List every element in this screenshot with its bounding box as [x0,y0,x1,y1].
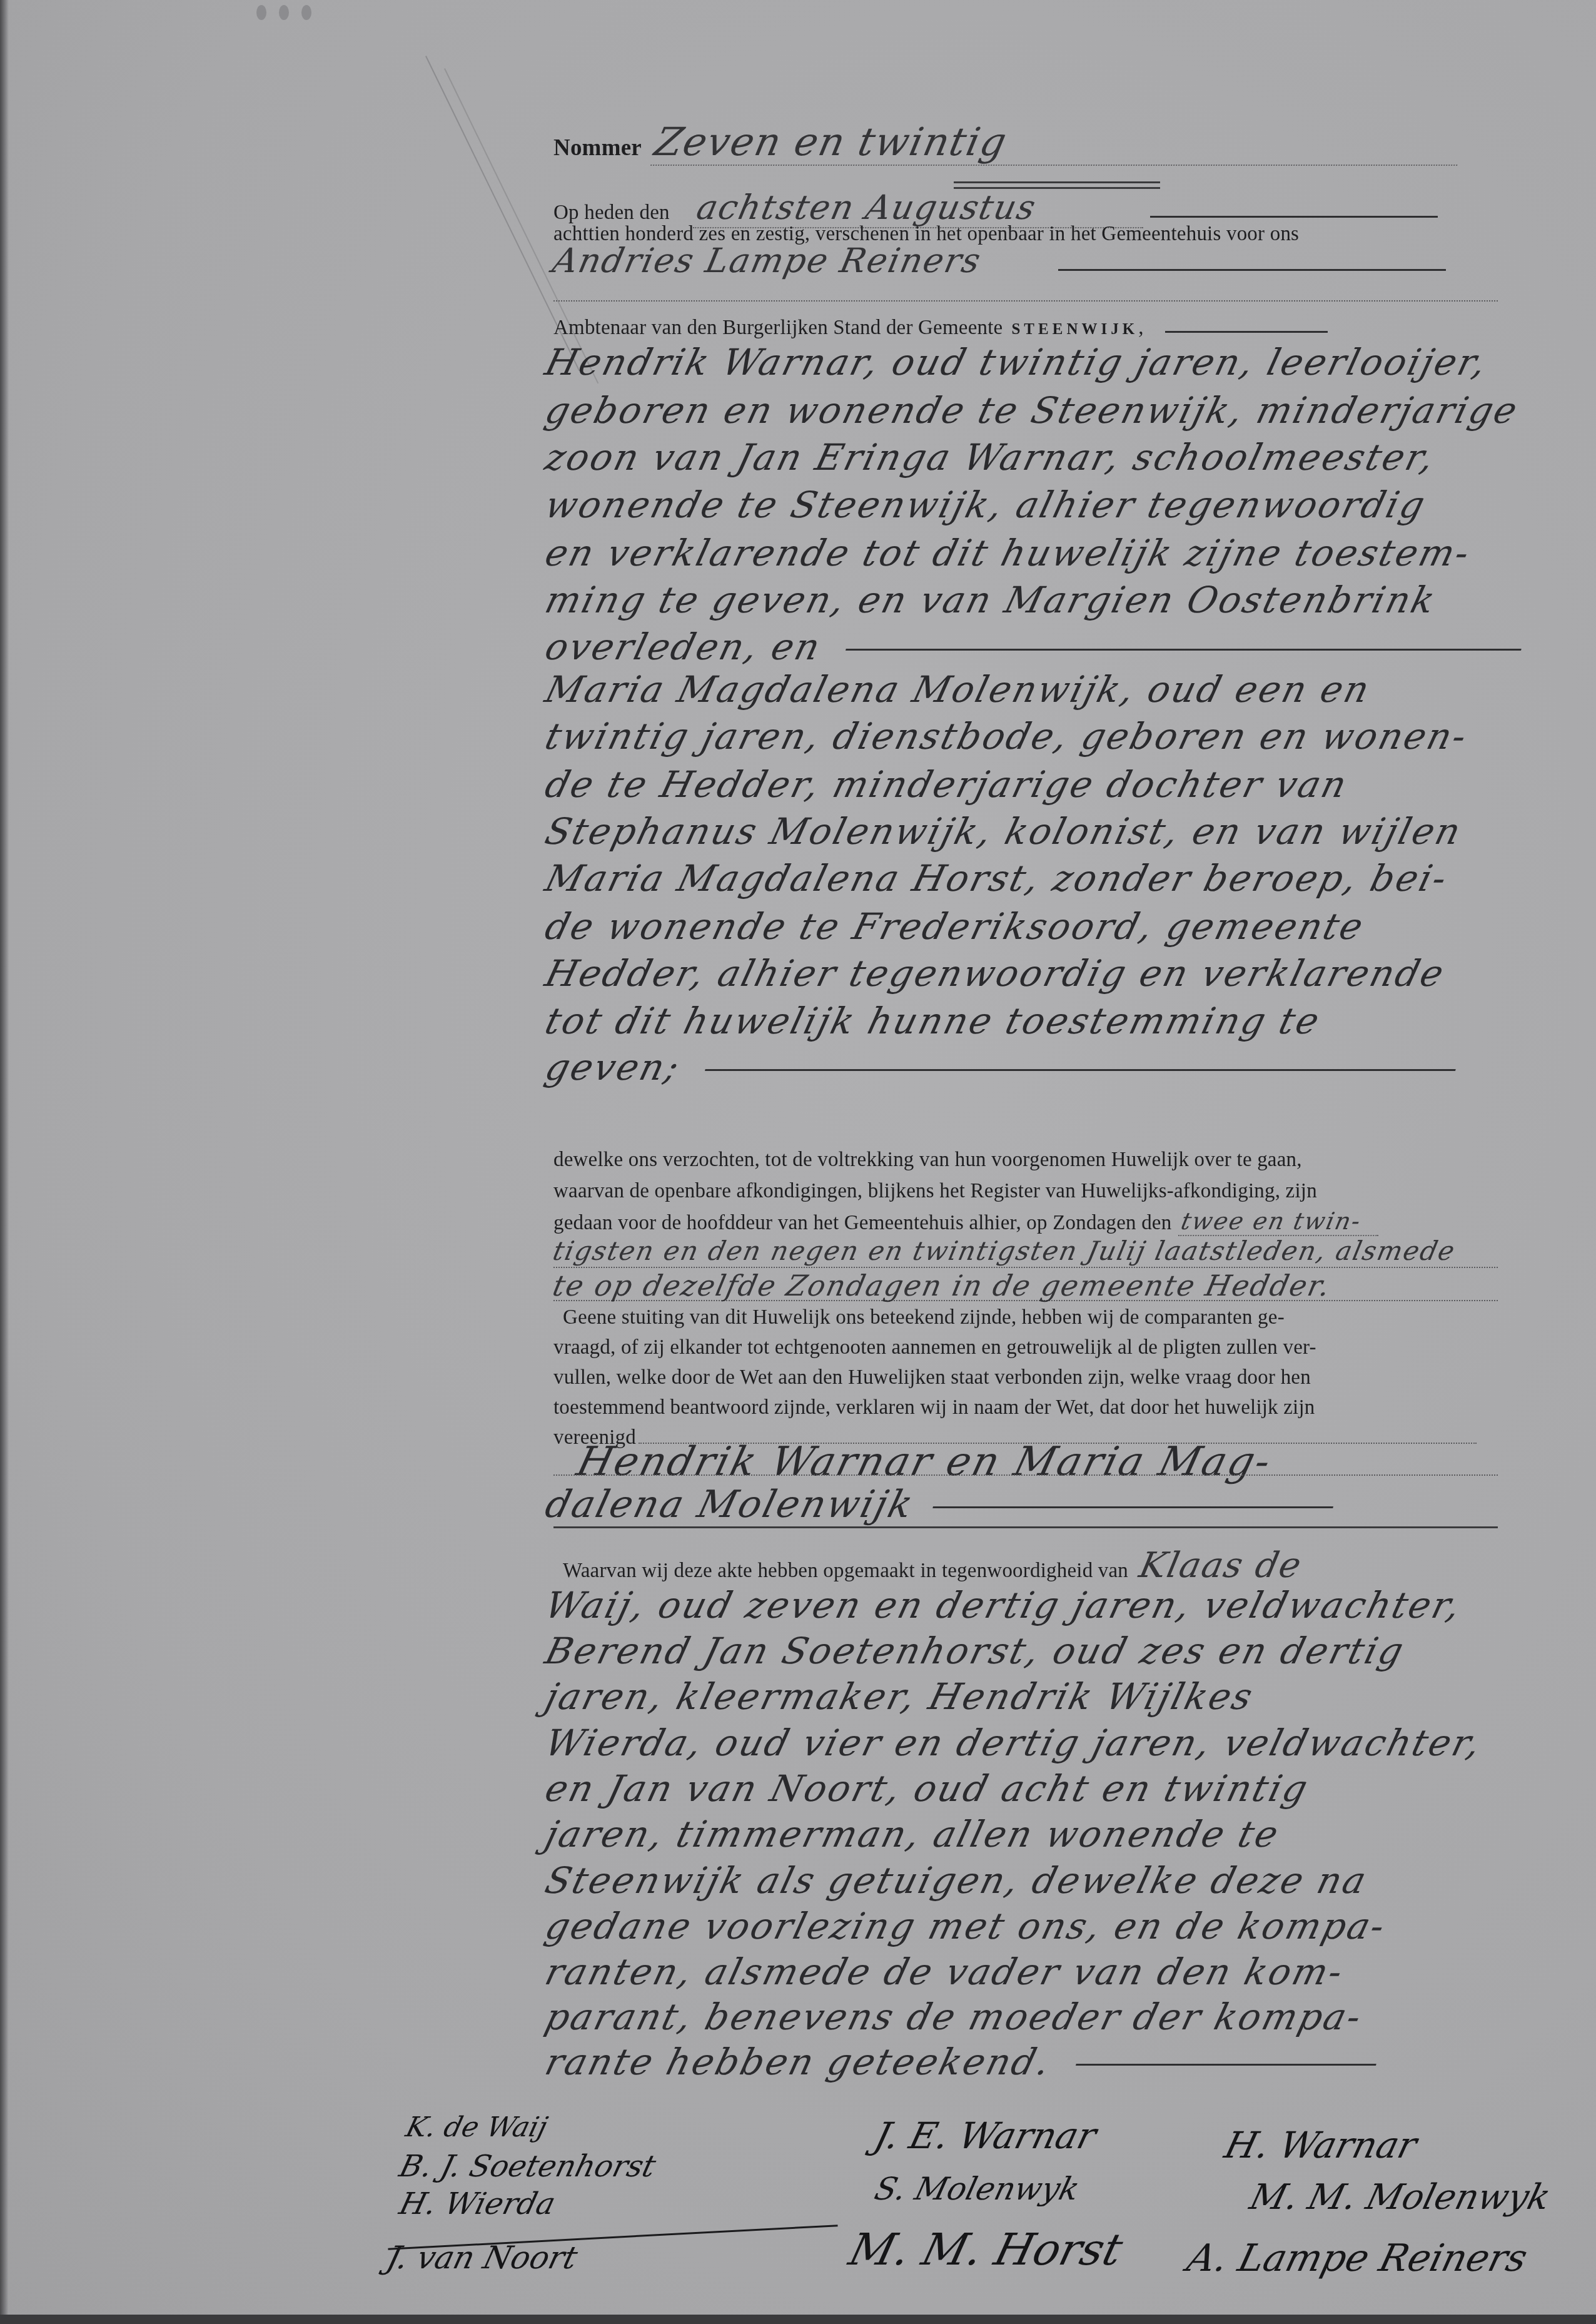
proclamation-hand-line: te op dezelfde Zondagen in de gemeente H… [553,1269,1498,1301]
bride-line: geven; [541,1046,1508,1088]
couple-names: Hendrik Warnar en Maria Mag- [572,1439,1540,1485]
page-bottom-edge [0,2315,1596,2324]
declaration-line: vraagd, of zij elkander tot echtgenooten… [553,1332,1498,1362]
fill-rule [1058,269,1446,271]
ambtenaar-row: Ambtenaar van den Burgerlijken Stand der… [553,313,1498,345]
fill-rule [932,1506,1333,1508]
groom-line: wonende te Steenwijk, alhier tegenwoordi… [541,484,1508,526]
witness-line: jaren, timmerman, allen wonende te [541,1813,1508,1855]
witness-line: rante hebben geteekend. [541,2041,1508,2083]
groom-line: Hendrik Warnar, oud twintig jaren, leerl… [541,341,1508,383]
signature: K. de Waij [403,2111,551,2143]
witness-line: ranten, alsmede de vader van den kom- [541,1951,1508,1993]
witness-line: Wierda, oud vier en dertig jaren, veldwa… [541,1722,1508,1764]
bride-line: Maria Magdalena Molenwijk, oud een en [541,668,1508,711]
nommer-value: Zeven en twintig [650,119,1467,166]
official-row: Andries Lampe Reiners [553,241,1498,280]
fill-rule [1076,2064,1376,2066]
nommer-row: Nommer Zeven en twintig [553,119,1498,166]
witness-line: Berend Jan Soetenhorst, oud zes en derti… [541,1630,1508,1672]
couple-names: dalena Molenwijk [541,1483,1508,1526]
bride-line: Maria Magdalena Horst, zonder beroep, be… [541,857,1508,900]
witness-line: jaren, kleermaker, Hendrik Wijlkes [541,1675,1508,1718]
groom-line: ming te geven, en van Margien Oostenbrin… [541,579,1508,621]
signature: M. M. Molenwyk [1246,2177,1555,2218]
fill-rule [846,649,1522,651]
nommer-label: Nommer [553,135,642,161]
bride-line: Hedder, alhier tegenwoordig en verklaren… [541,952,1508,995]
official-name: Andries Lampe Reiners [549,241,985,280]
ambtenaar-label: Ambtenaar van den Burgerlijken Stand der… [553,317,1003,339]
signature: M. M. Horst [844,2224,1128,2275]
municipality-name: STEENWIJK [1011,321,1138,338]
fill-rule [705,1069,1456,1071]
declaration-line: toestemmend beantwoord zijnde, verklaren… [553,1393,1498,1423]
witness-intro: Waarvan wij deze akte hebben opgemaakt i… [553,1545,1498,1586]
declaration-line: vullen, welke door de Wet aan den Huweli… [553,1362,1498,1393]
bride-line: twintig jaren, dienstbode, geboren en wo… [541,715,1508,758]
proclamation-line: dewelke ons verzochten, tot de voltrekki… [553,1145,1498,1175]
fill-rule [1165,331,1328,333]
bride-line: de te Hedder, minderjarige dochter van [541,763,1508,806]
groom-line: geboren en wonende te Steenwijk, minderj… [541,389,1508,432]
signature-flourish [388,2225,837,2250]
signature: H. Warnar [1221,2124,1422,2166]
document-page: Nommer Zeven en twintig Op heden den ach… [0,0,1596,2324]
bride-line: de wonende te Frederiksoord, gemeente [541,905,1508,948]
signature: J. E. Warnar [871,2114,1101,2157]
bride-line: Stephanus Molenwijk, kolonist, en van wi… [541,810,1508,853]
signature: S. Molenwyk [871,2171,1083,2207]
groom-line: overleden, en [541,626,1508,668]
witness-line: Waij, oud zeven en dertig jaren, veldwac… [541,1584,1508,1626]
proclamation-hand-line: tigsten en den negen en twintigsten Juli… [553,1236,1498,1268]
witness-line: Steenwijk als getuigen, dewelke deze na [541,1859,1508,1902]
punch-holes [256,5,324,23]
section-divider [553,1526,1498,1528]
bride-line: tot dit huwelijk hunne toestemming te [541,1000,1508,1042]
declaration-line: Geene stuiting van dit Huwelijk ons bete… [553,1302,1498,1332]
witness-line: parant, benevens de moeder der kompa- [541,1996,1508,2038]
witness-line: en Jan van Noort, oud acht en twintig [541,1767,1508,1810]
proclamation-line: waarvan de openbare afkondigingen, blijk… [553,1176,1498,1206]
proclamation-line: gedaan voor de hoofddeur van het Gemeent… [553,1207,1498,1238]
witness-line: gedane voorlezing met ons, en de kompa- [541,1905,1508,1947]
signature: H. Wierda [396,2186,559,2221]
signature: A. Lampe Reiners [1183,2236,1532,2280]
groom-line: en verklarende tot dit huwelijk zijne to… [541,532,1508,574]
groom-line: zoon van Jan Eringa Warnar, schoolmeeste… [541,436,1508,479]
signature: B. J. Soetenhorst [396,2149,659,2184]
fill-rule [1150,216,1438,218]
dotted-line [553,299,1498,302]
binding-edge [0,0,9,2324]
